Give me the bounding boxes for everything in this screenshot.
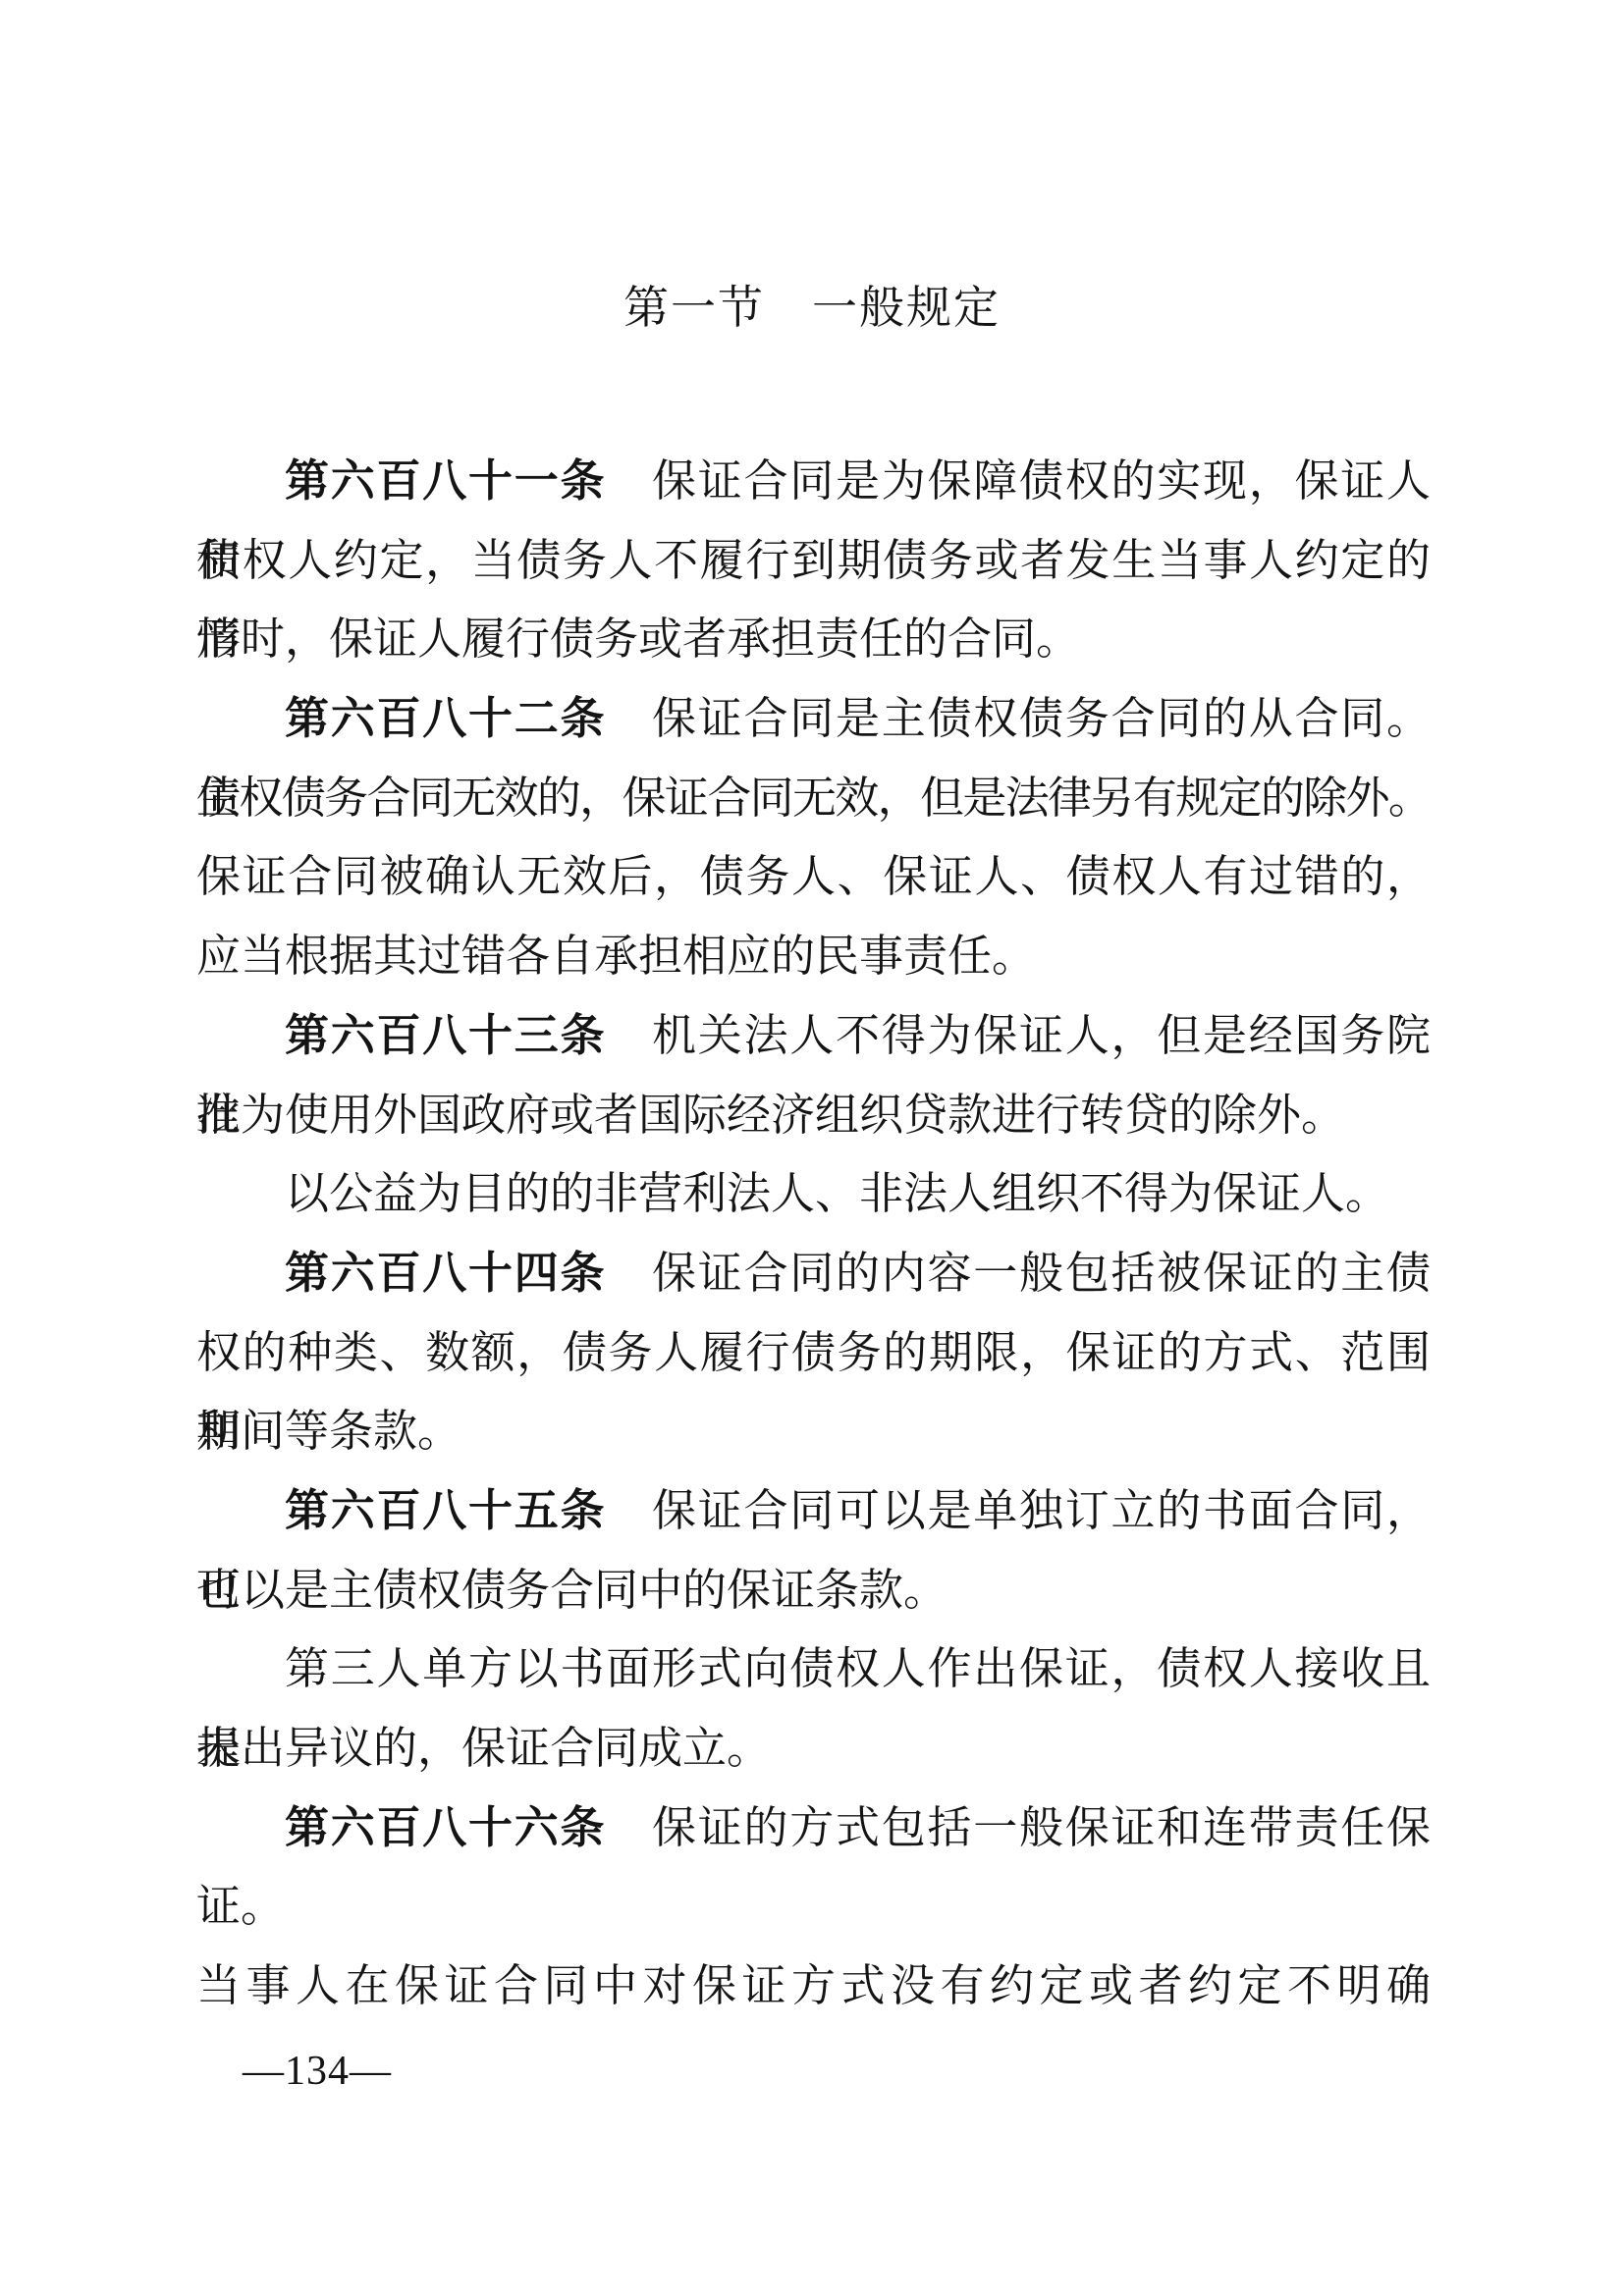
line-text: 可以是主债权债务合同中的保证条款。 — [196, 1566, 947, 1615]
text-line: 形时，保证人履行债务或者承担责任的合同。 — [196, 600, 1431, 679]
text-line: 第六百八十五条 保证合同可以是单独订立的书面合同，也 — [196, 1471, 1431, 1551]
article-number: 第六百八十四条 — [285, 1248, 606, 1298]
text-line: 第六百八十二条 保证合同是主债权债务合同的从合同。主 — [196, 679, 1431, 759]
text-line: 债权债务合同无效的，保证合同无效，但是法律另有规定的除外。 — [196, 759, 1431, 838]
text-line: 第六百八十六条 保证的方式包括一般保证和连带责任保 — [196, 1789, 1431, 1868]
text-line: 债权人约定，当债务人不履行到期债务或者发生当事人约定的情 — [196, 521, 1431, 601]
line-text: 以公益为目的的非营利法人、非法人组织不得为保证人。 — [285, 1169, 1389, 1218]
line-text: 保证合同被确认无效后，债务人、保证人、债权人有过错的， — [196, 852, 1431, 901]
text-line: 以公益为目的的非营利法人、非法人组织不得为保证人。 — [196, 1154, 1431, 1234]
text-line: 第六百八十四条 保证合同的内容一般包括被保证的主债 — [196, 1234, 1431, 1313]
text-line: 保证合同被确认无效后，债务人、保证人、债权人有过错的， — [196, 837, 1431, 917]
line-text: 期间等条款。 — [196, 1407, 461, 1456]
article-number: 第六百八十六条 — [285, 1802, 606, 1852]
article-number: 第六百八十一条 — [285, 455, 606, 506]
text-line: 准为使用外国政府或者国际经济组织贷款进行转贷的除外。 — [196, 1076, 1431, 1155]
document-page: 第一节 一般规定 第六百八十一条 保证合同是为保障债权的实现，保证人和 债权人约… — [0, 0, 1624, 2296]
line-text: 形时，保证人履行债务或者承担责任的合同。 — [196, 614, 1080, 664]
page-number: —134— — [243, 2032, 392, 2110]
section-title: 第一节 一般规定 — [0, 269, 1624, 347]
text-line: 证。 — [196, 1867, 1431, 1947]
text-line: 期间等条款。 — [196, 1392, 1431, 1471]
text-line: 权的种类、数额，债务人履行债务的期限，保证的方式、范围和 — [196, 1313, 1431, 1393]
line-text: 准为使用外国政府或者国际经济组织贷款进行转贷的除外。 — [196, 1091, 1345, 1140]
article-number: 第六百八十五条 — [285, 1485, 606, 1535]
line-text: 应当根据其过错各自承担相应的民事责任。 — [196, 932, 1036, 981]
text-line: 当事人在保证合同中对保证方式没有约定或者约定不明确 — [196, 1947, 1431, 2026]
article-number: 第六百八十二条 — [285, 693, 606, 743]
article-number: 第六百八十三条 — [285, 1010, 606, 1060]
line-text: 当事人在保证合同中对保证方式没有约定或者约定不明确 — [196, 1961, 1431, 2010]
body-text: 第六百八十一条 保证合同是为保障债权的实现，保证人和 债权人约定，当债务人不履行… — [196, 442, 1431, 2026]
line-text: 保证的方式包括一般保证和连带责任保 — [606, 1803, 1431, 1852]
text-line: 第三人单方以书面形式向债权人作出保证，债权人接收且未 — [196, 1629, 1431, 1709]
text-line: 第六百八十一条 保证合同是为保障债权的实现，保证人和 — [196, 442, 1431, 521]
text-line: 可以是主债权债务合同中的保证条款。 — [196, 1551, 1431, 1630]
line-text: 债权债务合同无效的，保证合同无效，但是法律另有规定的除外。 — [196, 774, 1431, 823]
line-text: 保证合同的内容一般包括被保证的主债 — [606, 1249, 1431, 1298]
line-text: 提出异议的，保证合同成立。 — [196, 1724, 771, 1773]
line-text: 证。 — [196, 1882, 285, 1931]
text-line: 应当根据其过错各自承担相应的民事责任。 — [196, 917, 1431, 996]
text-line: 第六百八十三条 机关法人不得为保证人，但是经国务院批 — [196, 996, 1431, 1076]
text-line: 提出异议的，保证合同成立。 — [196, 1709, 1431, 1789]
